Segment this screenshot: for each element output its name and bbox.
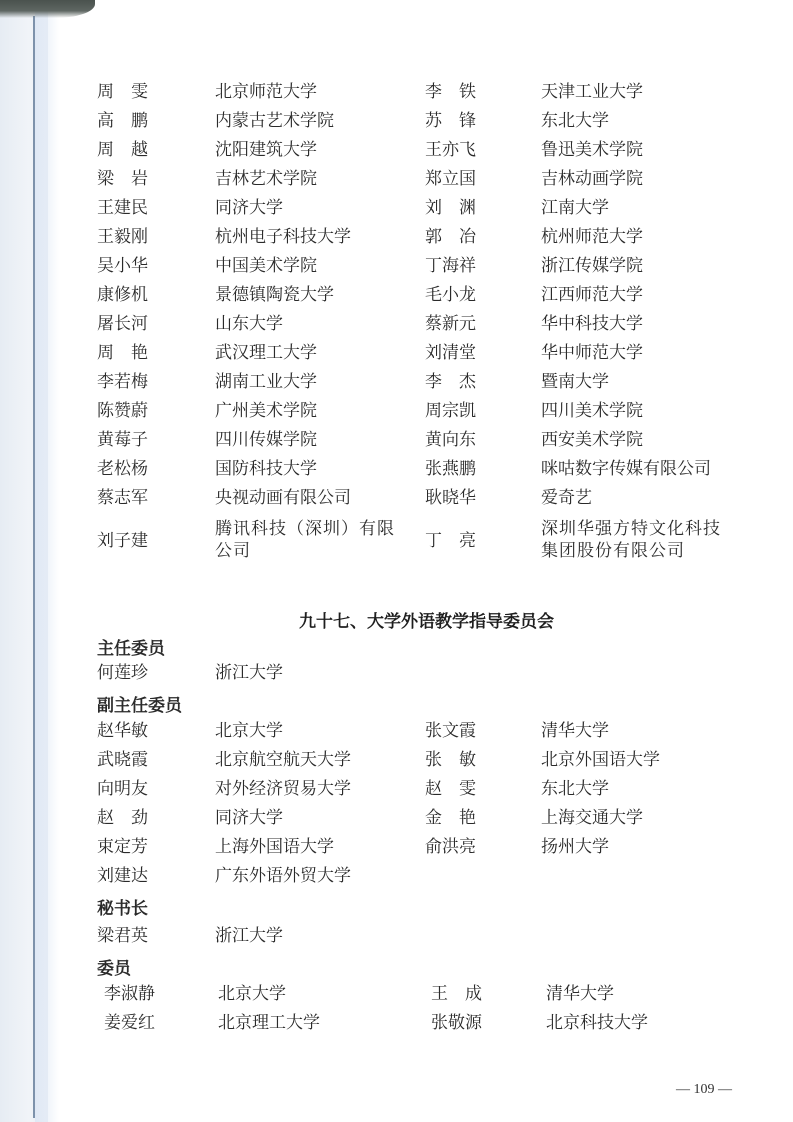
vice-director-label: 副主任委员	[97, 691, 182, 716]
member-org: 同济大学	[215, 197, 283, 219]
member-org: 广东外语外贸大学	[215, 865, 351, 887]
member-name: 周宗凯	[425, 400, 476, 422]
member-org: 四川传媒学院	[215, 429, 317, 451]
member-org: 浙江传媒学院	[541, 255, 643, 277]
member-org: 北京理工大学	[218, 1012, 320, 1034]
member-name: 王亦飞	[425, 139, 476, 161]
member-org: 国防科技大学	[215, 458, 317, 480]
member-org: 山东大学	[215, 313, 283, 335]
page-number: — 109 —	[676, 1082, 732, 1098]
member-name: 束定芳	[97, 836, 148, 858]
member-name: 梁君英	[97, 925, 148, 947]
member-org: 北京科技大学	[546, 1012, 648, 1034]
section-title: 九十七、大学外语教学指导委员会	[0, 607, 793, 632]
member-org: 同济大学	[215, 807, 283, 829]
member-name: 张燕鹏	[425, 458, 476, 480]
member-org: 北京大学	[218, 983, 286, 1005]
member-name: 王建民	[97, 197, 148, 219]
member-org: 东北大学	[541, 110, 609, 132]
member-name: 刘 渊	[425, 197, 476, 219]
member-org: 杭州电子科技大学	[215, 226, 351, 248]
member-org: 深圳华强方特文化科技集团股份有限公司	[541, 518, 736, 562]
member-name: 黄向东	[425, 429, 476, 451]
member-org: 清华大学	[541, 720, 609, 742]
member-name: 吴小华	[97, 255, 148, 277]
member-name: 康修机	[97, 284, 148, 306]
member-org: 吉林动画学院	[541, 168, 643, 190]
member-name: 郑立国	[425, 168, 476, 190]
member-name: 周 越	[97, 139, 148, 161]
member-org: 杭州师范大学	[541, 226, 643, 248]
member-name: 武晓霞	[97, 749, 148, 771]
member-org: 暨南大学	[541, 371, 609, 393]
director-label: 主任委员	[97, 634, 165, 659]
member-name: 王毅刚	[97, 226, 148, 248]
member-org: 腾讯科技（深圳）有限公司	[215, 518, 410, 562]
member-name: 向明友	[97, 778, 148, 800]
member-org: 浙江大学	[215, 662, 283, 684]
member-name: 赵 雯	[425, 778, 476, 800]
member-name: 张 敏	[425, 749, 476, 771]
member-name: 刘子建	[97, 530, 148, 552]
member-name: 赵 劲	[97, 807, 148, 829]
secretary-label: 秘书长	[97, 894, 148, 919]
member-name: 梁 岩	[97, 168, 148, 190]
member-name: 俞洪亮	[425, 836, 476, 858]
member-org: 上海交通大学	[541, 807, 643, 829]
member-org: 武汉理工大学	[215, 342, 317, 364]
member-name: 金 艳	[425, 807, 476, 829]
member-row: 刘子建 腾讯科技（深圳）有限公司 丁 亮 深圳华强方特文化科技集团股份有限公司	[0, 518, 793, 564]
member-name: 张文霞	[425, 720, 476, 742]
member-org: 景德镇陶瓷大学	[215, 284, 334, 306]
member-name: 周 雯	[97, 81, 148, 103]
member-org: 湖南工业大学	[215, 371, 317, 393]
member-name: 丁海祥	[425, 255, 476, 277]
member-org: 对外经济贸易大学	[215, 778, 351, 800]
member-org: 华中科技大学	[541, 313, 643, 335]
member-org: 中国美术学院	[215, 255, 317, 277]
member-org: 北京大学	[215, 720, 283, 742]
member-org: 广州美术学院	[215, 400, 317, 422]
member-name: 李 铁	[425, 81, 476, 103]
member-org: 清华大学	[546, 983, 614, 1005]
member-name: 周 艳	[97, 342, 148, 364]
member-name: 刘清堂	[425, 342, 476, 364]
member-org: 江南大学	[541, 197, 609, 219]
member-org: 爱奇艺	[541, 487, 592, 509]
member-org: 扬州大学	[541, 836, 609, 858]
member-org: 四川美术学院	[541, 400, 643, 422]
member-name: 李淑静	[104, 983, 155, 1005]
member-org: 江西师范大学	[541, 284, 643, 306]
member-name: 李若梅	[97, 371, 148, 393]
member-org: 北京外国语大学	[541, 749, 660, 771]
member-name: 蔡志军	[97, 487, 148, 509]
member-name: 黄莓子	[97, 429, 148, 451]
member-name: 老松杨	[97, 458, 148, 480]
member-org: 东北大学	[541, 778, 609, 800]
member-name: 高 鹏	[97, 110, 148, 132]
member-name: 郭 冶	[425, 226, 476, 248]
members-label: 委员	[97, 954, 131, 979]
member-name: 王 成	[431, 983, 482, 1005]
member-org: 吉林艺术学院	[215, 168, 317, 190]
member-org: 北京航空航天大学	[215, 749, 351, 771]
member-org: 西安美术学院	[541, 429, 643, 451]
member-org: 咪咕数字传媒有限公司	[541, 458, 711, 480]
document-page: 周 雯 北京师范大学 李 铁 天津工业大学 高 鹏 内蒙古艺术学院 苏 锋 东北…	[0, 0, 793, 1122]
member-name: 耿晓华	[425, 487, 476, 509]
member-name: 苏 锋	[425, 110, 476, 132]
member-name: 李 杰	[425, 371, 476, 393]
member-name: 刘建达	[97, 865, 148, 887]
member-name: 陈赞蔚	[97, 400, 148, 422]
member-name: 毛小龙	[425, 284, 476, 306]
member-name: 张敬源	[431, 1012, 482, 1034]
member-org: 北京师范大学	[215, 81, 317, 103]
member-org: 沈阳建筑大学	[215, 139, 317, 161]
member-name: 丁 亮	[425, 530, 476, 552]
member-org: 内蒙古艺术学院	[215, 110, 334, 132]
member-name: 姜爱红	[104, 1012, 155, 1034]
member-org: 浙江大学	[215, 925, 283, 947]
member-org: 华中师范大学	[541, 342, 643, 364]
member-name: 何莲珍	[97, 662, 148, 684]
member-org: 上海外国语大学	[215, 836, 334, 858]
member-name: 屠长河	[97, 313, 148, 335]
member-org: 鲁迅美术学院	[541, 139, 643, 161]
member-name: 赵华敏	[97, 720, 148, 742]
member-org: 天津工业大学	[541, 81, 643, 103]
member-name: 蔡新元	[425, 313, 476, 335]
member-org: 央视动画有限公司	[215, 487, 351, 509]
